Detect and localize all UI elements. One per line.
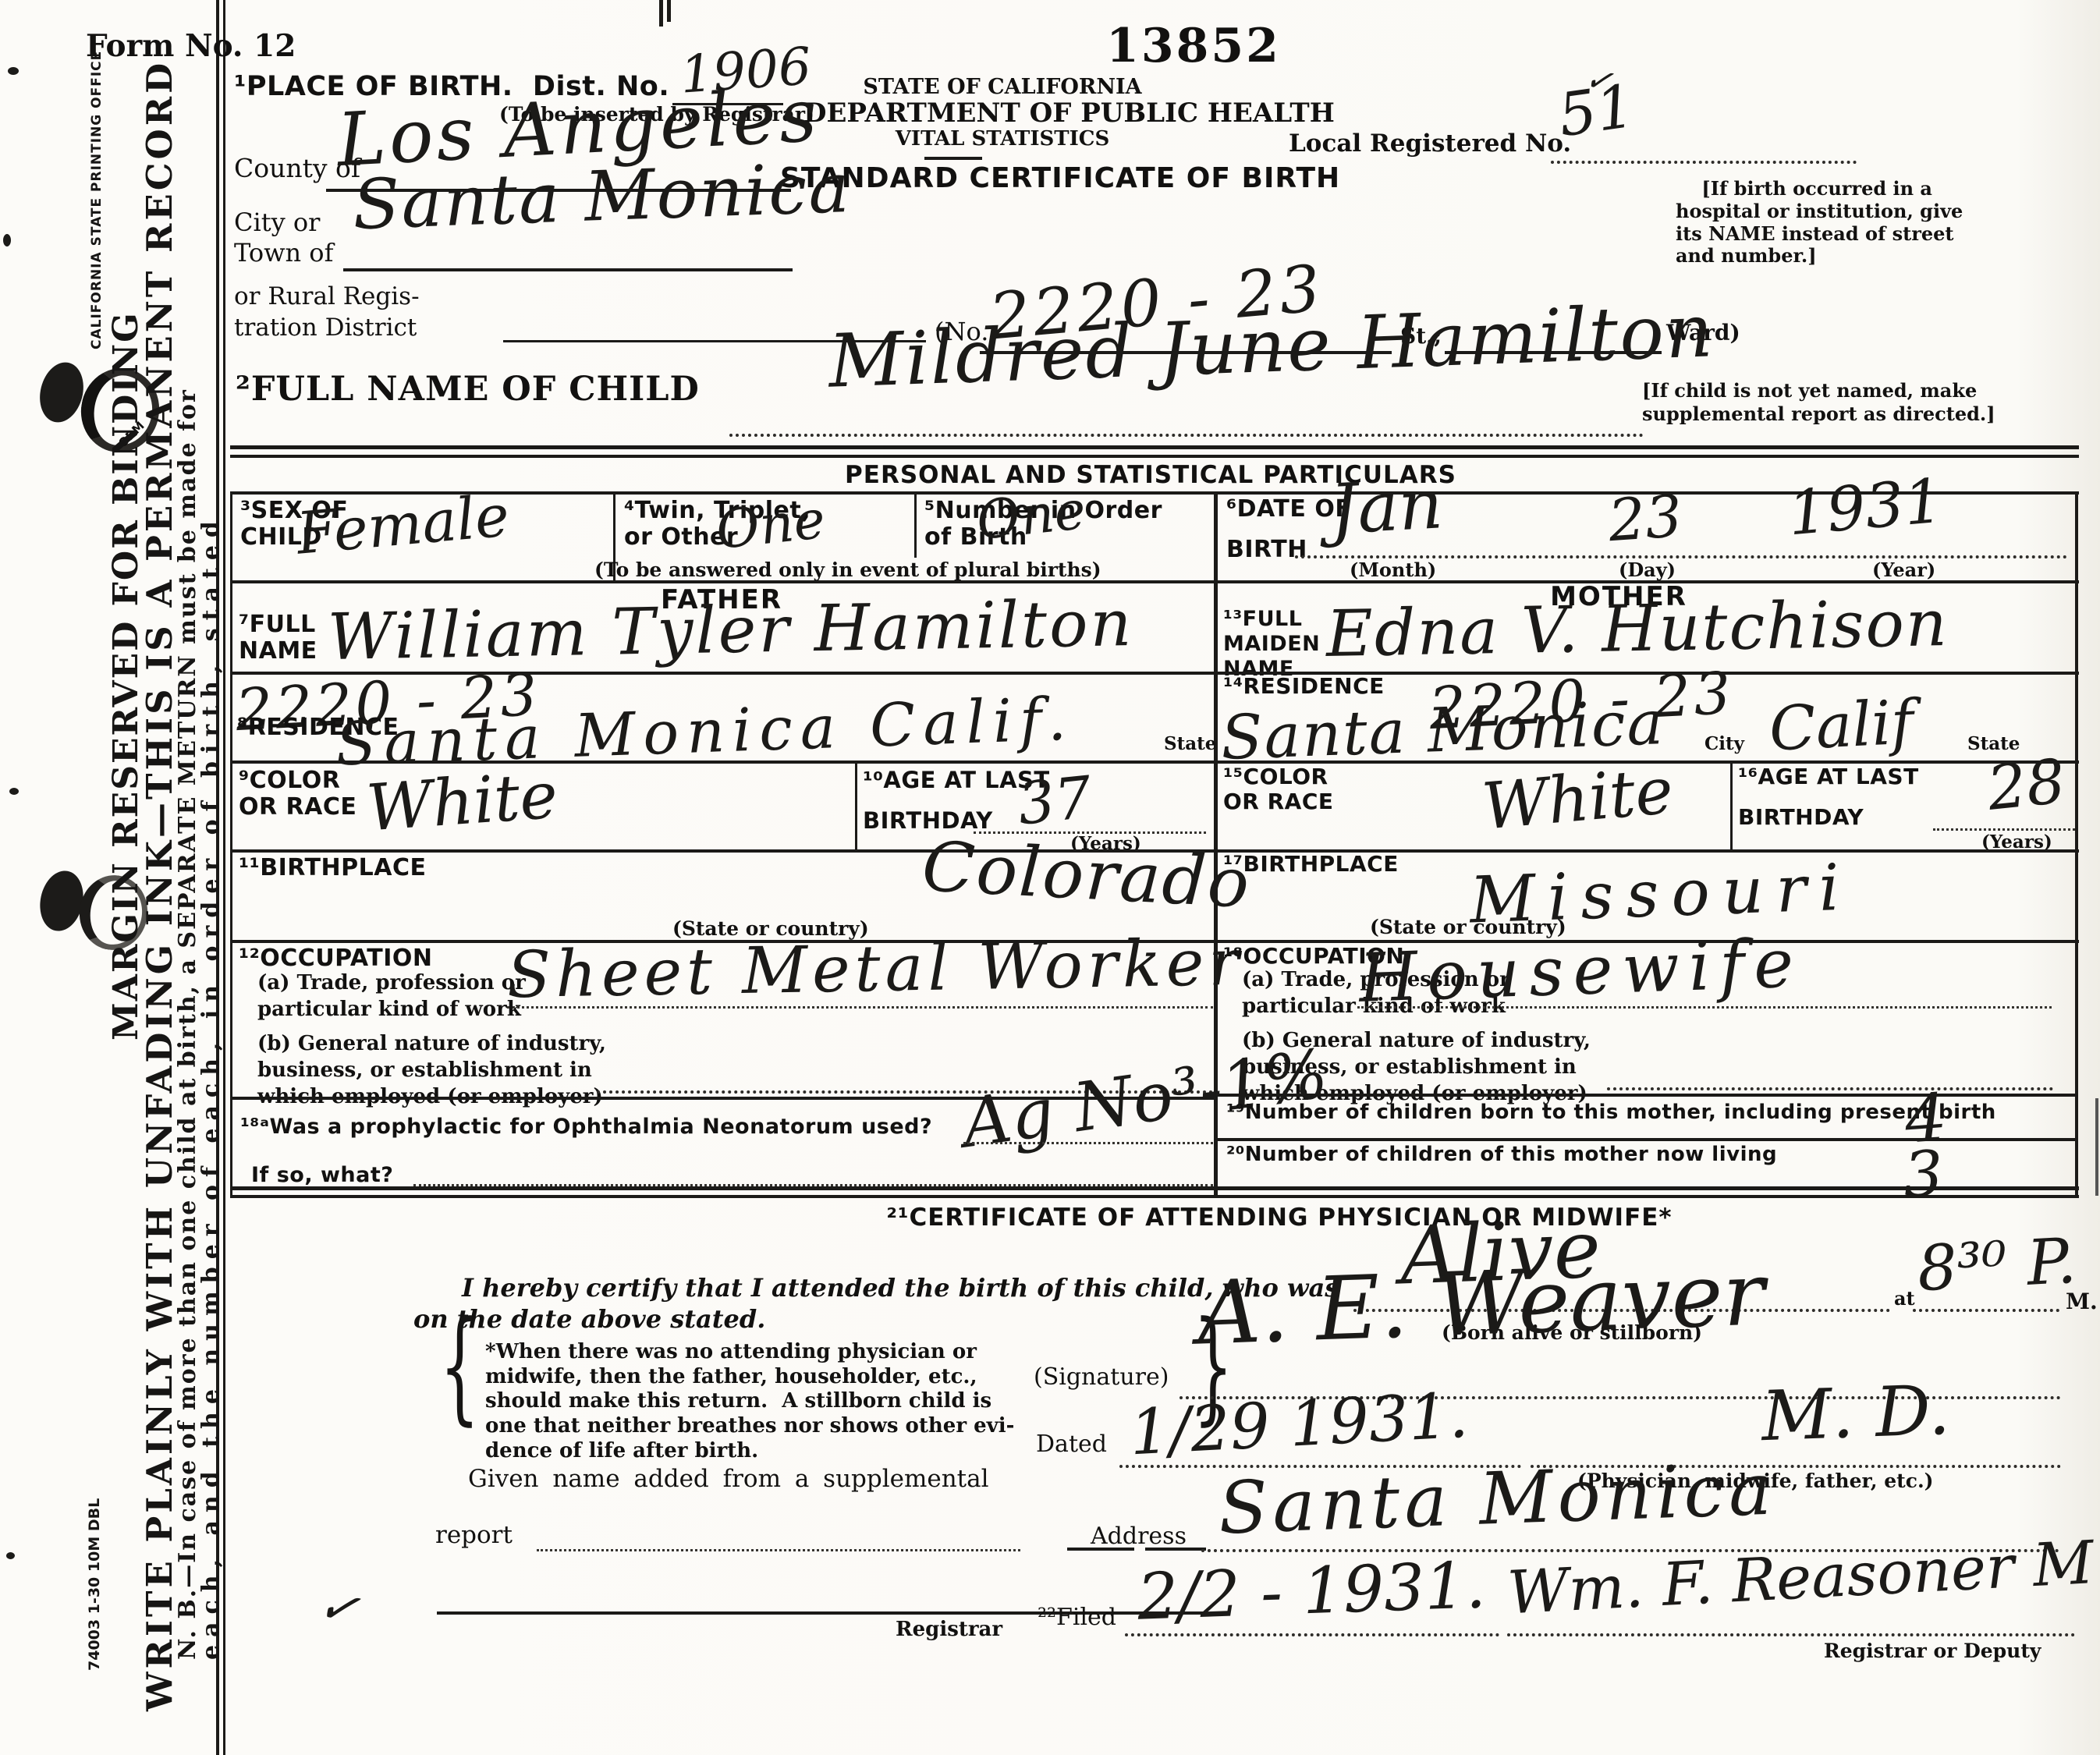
father-state-caption: State [1164,733,1216,754]
birth-label: BIRTH [1226,537,1307,563]
scan-speck [8,67,19,75]
filed-label: ²²Filed [1038,1604,1116,1631]
nb-note-line2: each, and the number of each, in order o… [200,513,223,1660]
mother-name-entry: Edna V. Hutchison [1325,592,1949,667]
twin-order-divider [914,491,917,558]
footer-checkmark: ✓ [313,1579,364,1636]
father-occ-a-caption: (a) Trade, profession or particular kind… [257,970,526,1023]
sex-entry: Female [294,487,511,562]
father-name-label: ⁷FULL NAME [239,612,317,665]
mother-age-label: ¹⁶AGE AT LAST [1738,764,1919,789]
mother-city-caption: City [1704,733,1744,754]
scan-speck [6,1552,15,1559]
mother-city-entry: Santa Monica [1220,693,1665,769]
mother-age-divider [1730,762,1733,849]
registrar-caption: Registrar [896,1618,1002,1641]
print-code: 74003 1-30 10M DBL [87,1498,102,1671]
birth-time-line [1913,1309,2059,1312]
vital-statistics-heading: VITAL STATISTICS [842,127,1162,151]
mother-occupation-entry: Housewife [1358,930,1804,1012]
dated-label: Dated [1036,1431,1107,1458]
local-registered-label: Local Registered No. [1289,129,1571,158]
children-born-label: ¹⁹Number of children born to this mother… [1226,1101,1996,1125]
children-living-label: ²⁰Number of children of this mother now … [1226,1143,1777,1167]
hospital-note: [If birth occurred in a hospital or inst… [1676,178,2011,268]
scan-speck [9,788,19,795]
month-caption: (Month) [1350,558,1436,581]
scan-speck [3,234,11,246]
meridiem-caption: M. [2066,1289,2098,1314]
supplemental-line1: Given name added from a supplemental [468,1465,989,1493]
department-heading: DEPARTMENT OF PUBLIC HEALTH [803,97,1201,129]
mother-state-entry: Calif [1768,692,1915,760]
physician-certificate-heading: ²¹CERTIFICATE OF ATTENDING PHYSICIAN OR … [741,1204,1818,1232]
stillborn-note: *When there was no attending physician o… [485,1340,1014,1464]
plural-births-note: (To be answered only in event of plural … [594,558,1101,581]
physician-signature-entry: A. E. Weaver [1196,1250,1766,1357]
father-age-divider [855,764,857,851]
report-line [537,1549,1020,1551]
mother-color-label: ¹⁵COLOR OR RACE [1223,764,1334,814]
nb-note-line1: N. B.—In case of more than one child at … [176,388,200,1660]
if-so-what-label: If so, what? [251,1164,393,1188]
registrar-deputy-caption: Registrar or Deputy [1824,1640,2041,1662]
double-rule-top-1 [230,445,2079,449]
mother-birthday-label: BIRTHDAY [1738,805,1864,830]
father-name-entry: William Tyler Hamilton [327,592,1134,670]
md-entry: M. D. [1761,1376,1951,1451]
registrar-signature-line [1507,1633,2075,1636]
father-occupation-line [507,1006,1213,1009]
at-caption: at [1894,1287,1915,1310]
printing-office-label: CALIFORNIA STATE PRINTING OFFICE [90,51,104,349]
father-color-label: ⁹COLOR OR RACE [239,768,357,821]
signature-label: (Signature) [1034,1363,1169,1391]
mother-name-label: ¹³FULL MAIDEN NAME [1223,607,1320,682]
mother-occupation-line [1357,1006,2052,1009]
mother-employer-line [1607,1087,2053,1090]
filed-date-entry: 2/2 - 1931. [1137,1554,1487,1630]
birth-time-entry: 8³⁰ P. [1916,1230,2077,1301]
child-name-entry: Mildred June Hamilton [828,295,1715,399]
registrar-signature-entry: Wm. F. Reasoner M.D. [1506,1529,2100,1623]
stillborn-note-brace-left: { [439,1306,480,1429]
father-birthplace-entry: Colorado [921,832,1252,918]
mother-birthplace-label: ¹⁷BIRTHPLACE [1223,852,1399,877]
year-caption: (Year) [1872,558,1935,581]
day-caption: (Day) [1619,558,1676,581]
write-plainly-label: WRITE PLAINLY WITH UNFADING INK—THIS IS … [142,60,177,1711]
mother-birthplace-entry: Missouri [1469,856,1853,933]
dated-entry: 1/29 1931. [1128,1384,1470,1465]
mother-age-line [1933,828,2075,831]
certificate-serial-number: 13852 [1077,19,1311,73]
double-rule-top-2 [230,455,2079,458]
form-number: Form No. 12 [86,28,296,64]
father-birthplace-label: ¹¹BIRTHPLACE [239,855,426,881]
state-heading: STATE OF CALIFORNIA [842,75,1162,99]
birth-month-entry: Jan [1328,470,1445,544]
double-rule-mid-1 [230,1186,2079,1190]
scan-tick [659,0,663,27]
prophylactic-question: ¹⁸ᵃWas a prophylactic for Ophthalmia Neo… [240,1115,932,1140]
father-occupation-entry: Sheet Metal Worker [506,931,1244,1008]
double-rule-mid-2 [230,1195,2079,1198]
filed-line [1125,1633,1499,1636]
father-age-entry: 37 [1015,768,1094,833]
local-registered-line [1551,161,1857,164]
twin-entry: One [714,494,828,558]
address-label: Address [1091,1523,1187,1550]
rural-district-label: or Rural Regis- tration District [234,281,420,344]
child-name-line [729,434,1644,437]
children-born-rule [1214,1138,2078,1141]
birth-order-entry: One [974,484,1088,548]
father-color-entry: White [364,764,559,842]
unnamed-child-note: [If child is not yet named, make supplem… [1642,379,2009,426]
address-entry: Santa Monica [1218,1454,1778,1545]
city-line [343,268,793,271]
mother-color-entry: White [1480,759,1676,839]
full-name-child-label: ²FULL NAME OF CHILD [236,370,700,409]
birth-day-entry: 23 [1607,487,1684,550]
scan-edge-mark [2095,1098,2098,1196]
report-label: report [435,1521,513,1549]
prophylactic-line [963,1142,1213,1144]
birth-year-entry: 1931 [1786,470,1946,544]
birth-certificate-scan: Form No. 12 CALIFORNIA STATE PRINTING OF… [0,0,2100,1755]
father-occupation-label: ¹²OCCUPATION [239,945,433,972]
mother-age-entry: 28 [1985,751,2068,820]
table-right-border [2075,491,2078,1197]
occupation-row-rule-right [1214,1094,2078,1097]
table-left-border [230,491,232,1197]
city-town-label: City or Town of [234,207,333,268]
scan-tick [667,0,671,22]
mother-residence-label: ¹⁴RESIDENCE [1223,674,1385,699]
heading-divider [924,157,982,160]
city-entry: Santa Monica [352,154,853,239]
